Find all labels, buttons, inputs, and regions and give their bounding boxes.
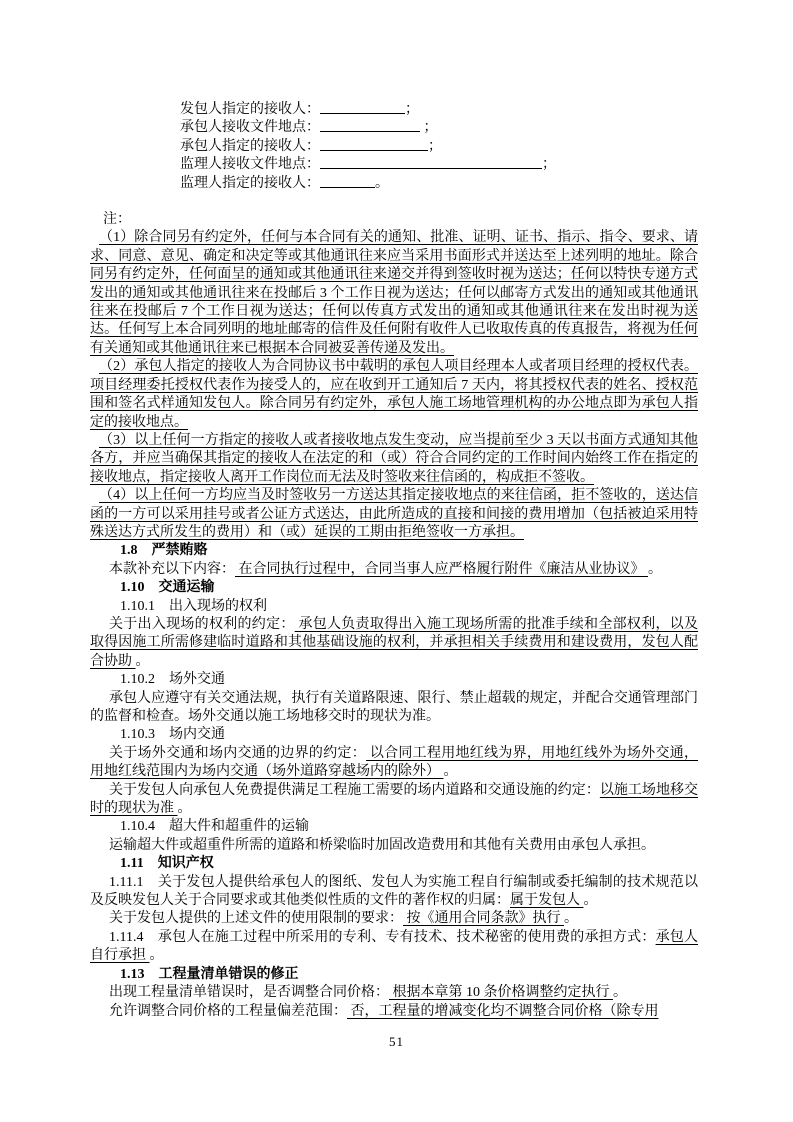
clause-1-13-deviation: 允许调整合同价格的工程量偏差范围： 否，工程量的增减变化均不调整合同价格（除专用	[90, 1003, 698, 1021]
clause-text: 1.10.1 出入现场的权利	[120, 599, 267, 614]
clause-1-10-1-content: 关于出入现场的权利的约定： 承包人负责取得出入施工现场所需的批准手续和全部权利，…	[90, 616, 698, 671]
clause-text: 注：	[103, 212, 131, 227]
clause-text: 承包人应遵守有关交通法规，执行有关道路限速、限行、禁止超载的规定，并配合交通管理…	[90, 691, 698, 724]
blank-field	[320, 101, 405, 114]
clause-text: 承包人指定的接收人：	[180, 139, 320, 154]
clause-text: 1.13 工程量清单错误的修正	[120, 967, 299, 982]
clause-text: 关于发包人提供的上述文件的使用限制的要求：	[109, 911, 403, 926]
clause-text: ；	[428, 139, 442, 154]
document-body: 发包人指定的接收人：；承包人接收文件地点： ；承包人指定的接收人：；监理人接收文…	[90, 101, 698, 1021]
clause-text: 允许调整合同价格的工程量偏差范围：	[109, 1004, 347, 1019]
blank-field	[320, 119, 420, 132]
subheading-1-10-1: 1.10.1 出入现场的权利	[90, 598, 698, 616]
clause-text: 1.11.1 关于发包人提供给承包人的图纸、发包人为实施工程自行编制或委托编制的…	[90, 875, 698, 908]
clause-text: 1.11.4 承包人在施工过程中所采用的专利、专有技术、技术秘密的使用费的承担方…	[109, 930, 656, 945]
filled-in-text: （1）除合同另有约定外，任何与本合同有关的通知、批准、证明、证书、指示、指令、要…	[90, 230, 698, 355]
clause-text: 监理人指定的接收人：	[180, 176, 320, 191]
fill-line-supervisor-recipient: 监理人指定的接收人：。	[90, 175, 698, 193]
clause-1-11-restrictions: 关于发包人提供的上述文件的使用限制的要求： 按《通用合同条款》执行 。	[90, 910, 698, 928]
blank-field	[320, 175, 375, 188]
filled-in-text: 按《通用合同条款》执行	[403, 911, 564, 926]
clause-text: 。	[136, 654, 150, 669]
subheading-1-10-2: 1.10.2 场外交通	[90, 671, 698, 689]
clause-text: 。	[178, 801, 192, 816]
fill-line-contractor-recipient: 承包人指定的接收人：；	[90, 138, 698, 156]
clause-text: 运输超大件或超重件所需的道路和桥梁临时加固改造费用和其他有关费用由承包人承担。	[109, 838, 655, 853]
clause-text: 。	[584, 893, 598, 908]
note-paragraph-1: （1）除合同另有约定外，任何与本合同有关的通知、批准、证明、证书、指示、指令、要…	[90, 229, 698, 358]
clause-1-11-1-content: 1.11.1 关于发包人提供给承包人的图纸、发包人为实施工程自行编制或委托编制的…	[90, 874, 698, 911]
clause-text: 承包人接收文件地点：	[180, 120, 320, 135]
fill-line-employer-recipient: 发包人指定的接收人：；	[90, 101, 698, 119]
clause-text: 1.10.3 场内交通	[120, 727, 225, 742]
subheading-1-10-3: 1.10.3 场内交通	[90, 726, 698, 744]
clause-1-13-adjust: 出现工程量清单错误时，是否调整合同价格： 根据本章第 10 条价格调整约定执行 …	[90, 984, 698, 1002]
subheading-1-10-4: 1.10.4 超大件和超重件的运输	[90, 818, 698, 836]
clause-text: 本款补充以下内容：	[109, 562, 235, 577]
filled-in-text: 根据本章第 10 条价格调整约定执行	[389, 985, 613, 1000]
clause-1-10-2-content: 承包人应遵守有关交通法规，执行有关道路限速、限行、禁止超载的规定，并配合交通管理…	[90, 690, 698, 727]
note-paragraph-3: （3）以上任何一方指定的接收人或者接收地点发生变动，应当提前至少 3 天以书面方…	[90, 432, 698, 487]
filled-in-text: 属于发包人	[510, 893, 584, 908]
clause-1-11-4-content: 1.11.4 承包人在施工过程中所采用的专利、专有技术、技术秘密的使用费的承担方…	[90, 929, 698, 966]
clause-1-10-4-content: 运输超大件或超重件所需的道路和桥梁临时加固改造费用和其他有关费用由承包人承担。	[90, 837, 698, 855]
clause-1-10-3-roads: 关于发包人向承包人免费提供满足工程施工需要的场内道路和交通设施的约定：以施工场地…	[90, 782, 698, 819]
fill-line-contractor-address: 承包人接收文件地点： ；	[90, 119, 698, 137]
clause-text: 。	[564, 911, 578, 926]
clause-1-8-content: 本款补充以下内容： 在合同执行过程中，合同当事人应严格履行附件《廉洁从业协议》 …	[90, 561, 698, 579]
heading-1-11: 1.11 知识产权	[90, 855, 698, 873]
clause-text: 1.10 交通运输	[120, 580, 215, 595]
clause-text: 关于场外交通和场内交通的边界的约定：	[109, 746, 366, 761]
note-paragraph-2: （2）承包人指定的接收人为合同协议书中载明的承包人项目经理本人或者项目经理的授权…	[90, 358, 698, 432]
clause-text: ；	[542, 157, 556, 172]
clause-text: 关于出入现场的权利的约定：	[109, 617, 295, 632]
note-paragraph-4: （4）以上任何一方均应当及时签收另一方送达其指定接收地点的来往信函，拒不签收的，…	[90, 487, 698, 542]
filled-in-text: 在合同执行过程中，合同当事人应严格履行附件《廉洁从业协议》	[235, 562, 648, 577]
clause-text: 。	[613, 985, 627, 1000]
filled-in-text: 否，工程量的增减变化均不调整合同价格（除专用	[347, 1004, 659, 1019]
document-page: 发包人指定的接收人：；承包人接收文件地点： ；承包人指定的接收人：；监理人接收文…	[0, 0, 793, 1122]
clause-text: 关于发包人向承包人免费提供满足工程施工需要的场内道路和交通设施的约定：	[109, 783, 600, 798]
clause-1-10-3-boundary: 关于场外交通和场内交通的边界的约定： 以合同工程用地红线为界，用地红线外为场外交…	[90, 745, 698, 782]
clause-text: 1.10.4 超大件和超重件的运输	[120, 819, 309, 834]
clause-text: 监理人接收文件地点：	[180, 157, 320, 172]
clause-text: ；	[405, 102, 419, 117]
filled-in-text: （2）承包人指定的接收人为合同协议书中载明的承包人项目经理本人或者项目经理的授权…	[90, 359, 698, 429]
clause-text: 。	[648, 562, 662, 577]
clause-text: 。	[150, 948, 164, 963]
clause-text: ；	[420, 120, 438, 135]
fill-line-supervisor-address: 监理人接收文件地点：；	[90, 156, 698, 174]
page-number: 51	[0, 1034, 793, 1050]
clause-text: 1.8 严禁贿赂	[120, 543, 208, 558]
clause-text: 出现工程量清单错误时，是否调整合同价格：	[109, 985, 389, 1000]
heading-1-13: 1.13 工程量清单错误的修正	[90, 966, 698, 984]
clause-text: 。	[444, 764, 458, 779]
clause-text: 发包人指定的接收人：	[180, 102, 320, 117]
blank-field	[320, 138, 428, 151]
clause-text: 1.11 知识产权	[120, 856, 214, 871]
filled-in-text: （3）以上任何一方指定的接收人或者接收地点发生变动，应当提前至少 3 天以书面方…	[90, 433, 698, 485]
heading-1-8: 1.8 严禁贿赂	[90, 542, 698, 560]
heading-1-10: 1.10 交通运输	[90, 579, 698, 597]
filled-in-text: （4）以上任何一方均应当及时签收另一方送达其指定接收地点的来往信函，拒不签收的，…	[90, 488, 698, 540]
clause-text: 1.10.2 场外交通	[120, 672, 225, 687]
clause-text: 。	[375, 176, 389, 191]
note-label: 注：	[90, 211, 698, 229]
blank-field	[320, 156, 542, 169]
